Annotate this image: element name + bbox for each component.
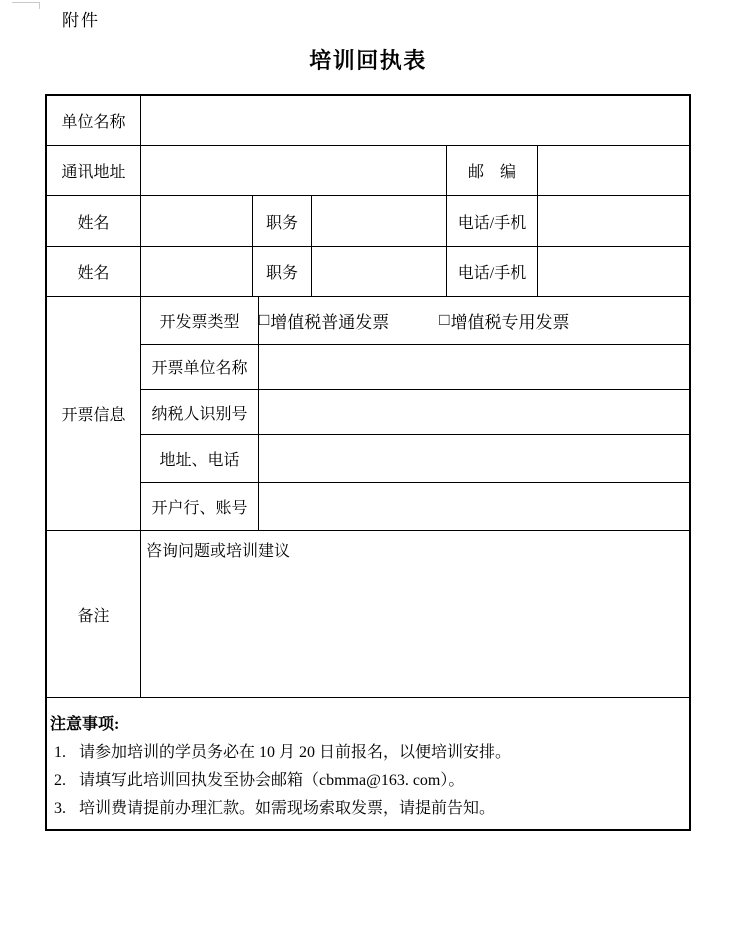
- invoice-subtable: 开发票类型 □ 增值税普通发票 □ 增值税专用发票 开票单位名称 纳税: [141, 297, 689, 530]
- invoice-address-phone-label: 地址、电话: [141, 435, 259, 482]
- remark-input[interactable]: 咨询问题或培训建议: [141, 531, 689, 697]
- phone-label-1: 电话/手机: [447, 196, 538, 246]
- invoice-section-label: 开票信息: [47, 297, 141, 530]
- postal-code-label: 邮 编: [447, 146, 538, 195]
- invoice-unit-name-input[interactable]: [259, 345, 689, 389]
- job-title-input-1[interactable]: [312, 196, 447, 246]
- checkbox-label: 增值税普通发票: [270, 308, 389, 333]
- invoice-type-row: 开发票类型 □ 增值税普通发票 □ 增值税专用发票: [141, 297, 689, 345]
- invoice-type-label: 开发票类型: [141, 297, 259, 344]
- name-input-1[interactable]: [141, 196, 253, 246]
- address-input[interactable]: [141, 146, 447, 195]
- name-label-2: 姓名: [47, 247, 141, 296]
- phone-label-2: 电话/手机: [447, 247, 538, 296]
- address-row: 通讯地址 邮 编: [47, 146, 689, 196]
- checkbox-option-special-invoice[interactable]: □ 增值税专用发票: [439, 308, 569, 333]
- notes-heading: 注意事项:: [50, 711, 685, 734]
- note-number: 1.: [50, 744, 79, 762]
- bank-account-label: 开户行、账号: [141, 483, 259, 530]
- invoice-address-phone-row: 地址、电话: [141, 435, 689, 483]
- checkbox-icon[interactable]: □: [259, 310, 269, 330]
- unit-name-row: 单位名称: [47, 96, 689, 146]
- attachment-label: 附件: [62, 6, 100, 31]
- note-item-2: 2. 请填写此培训回执发至协会邮箱（cbmma@163. com）。: [50, 772, 685, 790]
- checkbox-option-general-invoice[interactable]: □ 增值税普通发票: [259, 308, 389, 333]
- bank-account-row: 开户行、账号: [141, 483, 689, 530]
- page-margin-corner-mark-vertical: [39, 2, 40, 9]
- job-title-label-2: 职务: [253, 247, 312, 296]
- taxpayer-id-input[interactable]: [259, 390, 689, 435]
- name-label-1: 姓名: [47, 196, 141, 246]
- taxpayer-id-row: 纳税人识别号: [141, 390, 689, 436]
- note-item-3: 3. 培训费请提前办理汇款。如需现场索取发票，请提前告知。: [50, 800, 685, 818]
- phone-input-2[interactable]: [538, 247, 689, 296]
- page-margin-corner-mark-horizontal: [12, 2, 39, 3]
- training-reply-form-table: 单位名称 通讯地址 邮 编 姓名 职务 电话/手机 姓名 职务 电话/手机 开票…: [45, 94, 691, 831]
- unit-name-input[interactable]: [141, 96, 689, 145]
- notes-section: 注意事项: 1. 请参加培训的学员务必在 10 月 20 日前报名，以便培训安排…: [47, 698, 689, 829]
- invoice-unit-name-row: 开票单位名称: [141, 345, 689, 390]
- checkbox-label: 增值税专用发票: [451, 308, 570, 333]
- address-label: 通讯地址: [47, 146, 141, 195]
- unit-name-label: 单位名称: [47, 96, 141, 145]
- note-text: 请填写此培训回执发至协会邮箱（cbmma@163. com）。: [79, 772, 685, 790]
- phone-input-1[interactable]: [538, 196, 689, 246]
- note-number: 2.: [50, 772, 79, 790]
- remark-label: 备注: [47, 531, 141, 697]
- invoice-address-phone-input[interactable]: [259, 435, 689, 482]
- job-title-input-2[interactable]: [312, 247, 447, 296]
- note-text: 请参加培训的学员务必在 10 月 20 日前报名，以便培训安排。: [79, 744, 685, 762]
- note-text: 培训费请提前办理汇款。如需现场索取发票，请提前告知。: [79, 800, 685, 818]
- page-title: 培训回执表: [0, 44, 736, 75]
- contact-row-2: 姓名 职务 电话/手机: [47, 247, 689, 297]
- name-input-2[interactable]: [141, 247, 253, 296]
- invoice-unit-name-label: 开票单位名称: [141, 345, 259, 389]
- invoice-info-section: 开票信息 开发票类型 □ 增值税普通发票 □ 增值税专用发票 开票单位名称: [47, 297, 689, 531]
- bank-account-input[interactable]: [259, 483, 689, 530]
- notes-cell: 注意事项: 1. 请参加培训的学员务必在 10 月 20 日前报名，以便培训安排…: [47, 698, 689, 829]
- job-title-label-1: 职务: [253, 196, 312, 246]
- note-number: 3.: [50, 800, 79, 818]
- contact-row-1: 姓名 职务 电话/手机: [47, 196, 689, 247]
- invoice-type-options: □ 增值税普通发票 □ 增值税专用发票: [259, 297, 570, 344]
- checkbox-icon[interactable]: □: [439, 310, 449, 330]
- note-item-1: 1. 请参加培训的学员务必在 10 月 20 日前报名，以便培训安排。: [50, 744, 685, 762]
- postal-code-input[interactable]: [538, 146, 689, 195]
- taxpayer-id-label: 纳税人识别号: [141, 390, 259, 435]
- remark-section: 备注 咨询问题或培训建议: [47, 531, 689, 698]
